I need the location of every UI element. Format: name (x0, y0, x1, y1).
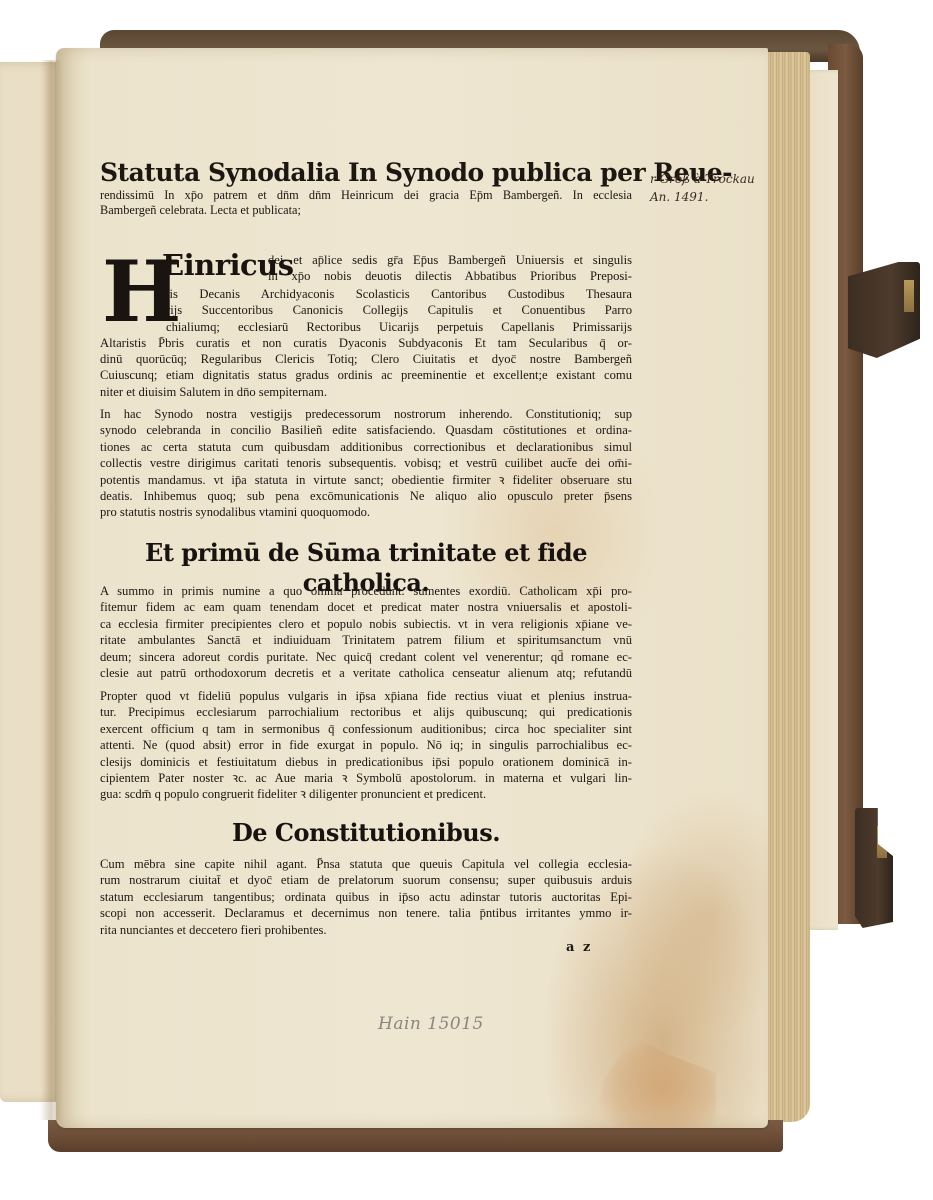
title-line-1: Statuta Synodalia In Synodo publica per … (100, 160, 632, 186)
text-line: collectis vestre dirigimus caritati teno… (100, 455, 632, 471)
paragraph-synod: In hac Synodo nostra vestigijs predecess… (100, 406, 632, 521)
text-line: synodo celebranda in concilio Basilieñ e… (100, 422, 632, 438)
text-line: tur. Precipimus ecclesiarum parrochialiu… (100, 704, 632, 720)
brass-fitting (904, 280, 914, 312)
text-line: attenti. Ne (quod absit) error in fide e… (100, 737, 632, 753)
text-line: ritate ambulantes Sanctā et indiuiduam T… (100, 632, 632, 648)
text-line: gua: scdm̄ q populo congruerit fideliter… (100, 786, 632, 802)
text-line: cipientem Pater noster ꝛc. ac Aue maria … (100, 770, 632, 786)
upper-clasp (848, 262, 920, 358)
text-line: clesie aut patrū orthodoxorum decretis e… (100, 665, 632, 681)
margin-annotation-line-2: An. 1491. (650, 188, 760, 206)
text-line: exercent officium q tam in sermonibus q̄… (100, 721, 632, 737)
text-line: tiones ac certa statuta cum quibusdam ad… (100, 439, 632, 455)
text-line: A summo in primis numine a quo omnia pro… (100, 583, 632, 599)
text-line: rijs Succentoribus Canonicis Collegijs C… (166, 302, 632, 318)
opening-line-altaristis: Altaristis P̄bris curatis et non curatis… (100, 335, 632, 351)
text-line: dinū quorūcūq; Regularibus Clericis Toti… (100, 351, 632, 367)
text-line: Cum mēbra sine capite nihil agant. P̄nsa… (100, 856, 632, 872)
margin-annotation: r Groß à Trockau An. 1491. (650, 170, 760, 206)
text-line: In hac Synodo nostra vestigijs predecess… (100, 406, 632, 422)
gutter-shadow (40, 60, 62, 1120)
text-line: Propter quod vt fideliū populus vulgaris… (100, 688, 632, 704)
text-line: tis Decanis Archidyaconis Scolasticis Ca… (166, 286, 632, 302)
text-line: rita nunciantes et deccetero fieri prohi… (100, 922, 632, 938)
lower-clasp (855, 808, 893, 928)
title-line-3: Bambergeñ celebrata. Lecta et publicata; (100, 203, 632, 218)
text-line: deum; sincera adoreut cordis puritate. N… (100, 649, 632, 665)
text-line: fitemur fidem ac eam quam tenendam docet… (100, 599, 632, 615)
book-photograph: Statuta Synodalia In Synodo publica per … (0, 0, 933, 1200)
section-heading-constitutions: De Constitutionibus. (100, 818, 632, 848)
margin-annotation-line-1: r Groß à Trockau (650, 170, 760, 188)
text-line: rum nostrarum ciuitat̄ et dyoc̄ etiam de… (100, 872, 632, 888)
text-line: statum ecclesiarum tangentibus; ordinata… (100, 889, 632, 905)
title-line-2: rendissimū In xp̄o patrem et dn̄m dn̄m H… (100, 188, 632, 203)
opening-indented-lines: tis Decanis Archidyaconis Scolasticis Ca… (166, 286, 632, 335)
drop-cap-initial: H (102, 252, 162, 332)
text-line: dei et ap̄lice sedis gr̄a Ep̄us Bamberge… (268, 252, 632, 268)
text-line: clesijs dominicis et festiuitatum diebus… (100, 754, 632, 770)
signature-mark: a z (566, 940, 592, 955)
text-line: ca ecclesia firmiter precipientes clero … (100, 616, 632, 632)
text-line: potentis mandamus. vt ip̄a statuta in vi… (100, 472, 632, 488)
title-lines: rendissimū In xp̄o patrem et dn̄m dn̄m H… (100, 188, 632, 218)
page-fore-edge (765, 52, 810, 1122)
text-line: chialiumq; ecclesiarū Rectoribus Uicarij… (166, 319, 632, 335)
text-line: in xp̄o nobis deuotis dilectis Abbatibus… (268, 268, 632, 284)
opening-first-lines: dei et ap̄lice sedis gr̄a Ep̄us Bamberge… (268, 252, 632, 284)
text-line: pro statutis nostris synodalibus vtamini… (100, 504, 632, 520)
pencil-reference-note: Hain 15015 (378, 1014, 484, 1034)
opening-full-lines: dinū quorūcūq; Regularibus Clericis Toti… (100, 351, 632, 400)
text-line: Cuiuscunq; etiam dignitatis status gradu… (100, 367, 632, 383)
brass-fitting (877, 826, 887, 858)
paragraph-faith: A summo in primis numine a quo omnia pro… (100, 583, 632, 681)
text-line: niter et diuisim Salutem in dn̄o sempite… (100, 384, 632, 400)
paragraph-preaching: Propter quod vt fideliū populus vulgaris… (100, 688, 632, 803)
text-line: deatis. Inhibemus quoq; sub pena excōmun… (100, 488, 632, 504)
paragraph-constitutions: Cum mēbra sine capite nihil agant. P̄nsa… (100, 856, 632, 938)
text-line: Altaristis P̄bris curatis et non curatis… (100, 335, 632, 351)
text-line: scopi non accesserit. Declaramus et dece… (100, 905, 632, 921)
